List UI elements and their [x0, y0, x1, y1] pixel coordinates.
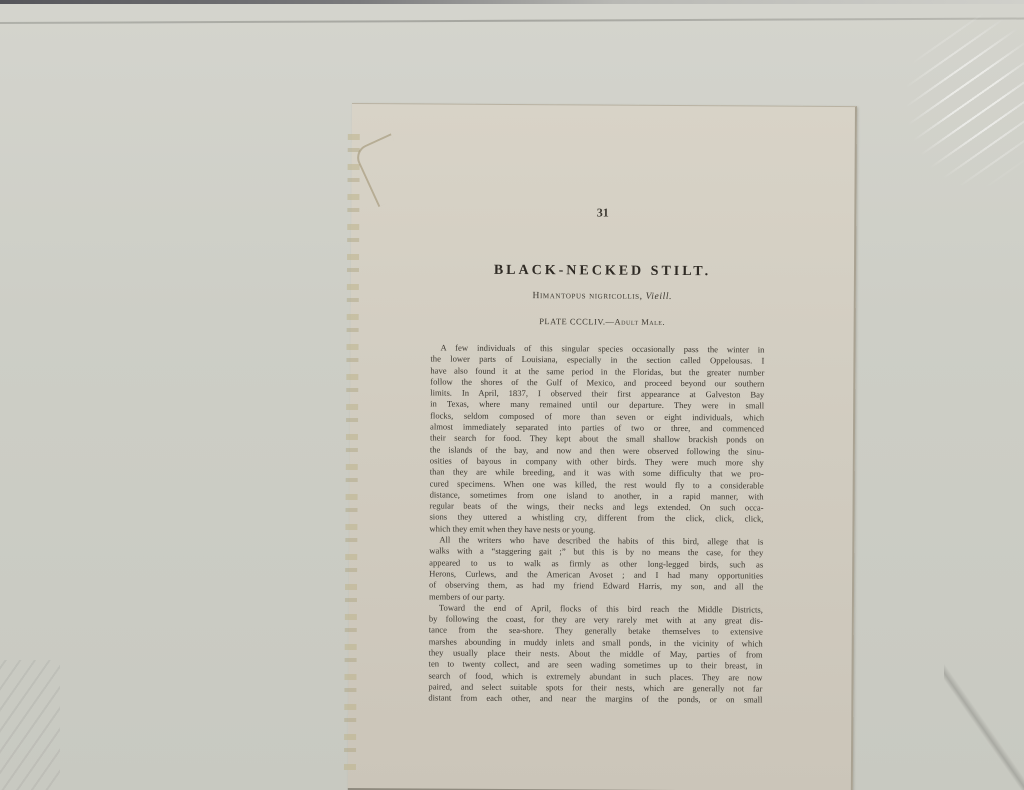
- plate-subject: Adult Male.: [615, 317, 666, 327]
- torn-binding-edge: [344, 134, 360, 774]
- mat-bevel-edge: [0, 18, 1024, 24]
- plastic-wrap-fold-left: [0, 660, 60, 790]
- species-name: Himantopus nigricollis, Vieill.: [351, 290, 854, 303]
- paper-stain: [353, 133, 417, 207]
- species-latin-name: Himantopus nigricollis,: [533, 291, 643, 302]
- species-author: Vieill.: [646, 292, 673, 302]
- plate-caption: PLATE CCCLIV.—Adult Male.: [351, 315, 854, 328]
- plate-number: PLATE CCCLIV.—: [539, 316, 614, 326]
- body-text: A few individuals of this singular speci…: [428, 342, 764, 706]
- page-number: 31: [351, 204, 854, 222]
- plastic-wrap-glare: [904, 10, 1024, 190]
- text-line: distant from each other, and near the ma…: [428, 693, 762, 706]
- page-title: BLACK-NECKED STILT.: [351, 262, 854, 281]
- book-page: 31 BLACK-NECKED STILT. Himantopus nigric…: [348, 103, 857, 790]
- plastic-wrap-fold-right: [944, 660, 1024, 790]
